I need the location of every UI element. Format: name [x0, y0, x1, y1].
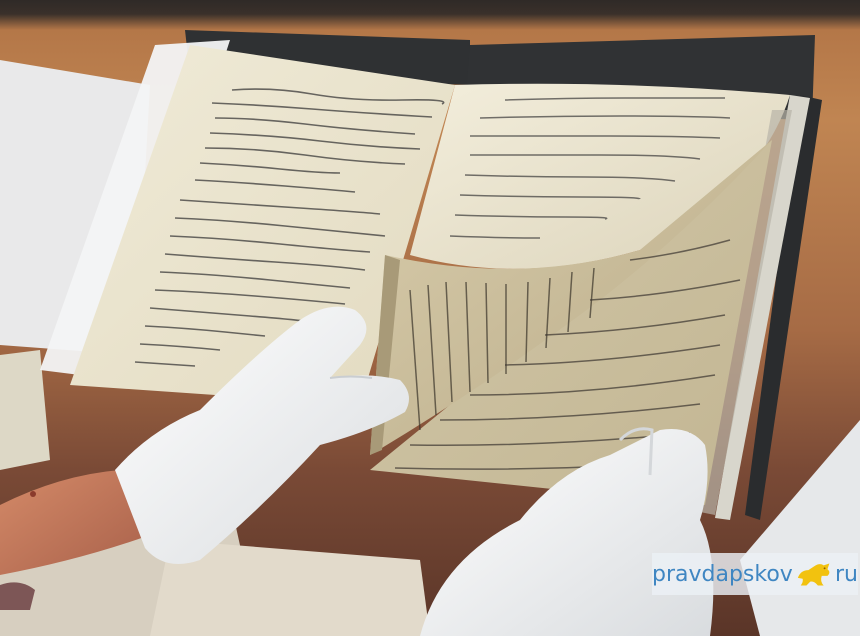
watermark: pravdapskov ru [652, 553, 858, 595]
watermark-text-tld: ru [835, 562, 858, 587]
yellow-lion-icon [795, 560, 833, 588]
watermark-text-site: pravdapskov [652, 562, 793, 587]
photo-scene: pravdapskov ru [0, 0, 860, 636]
manuscript-illustration [0, 0, 860, 636]
